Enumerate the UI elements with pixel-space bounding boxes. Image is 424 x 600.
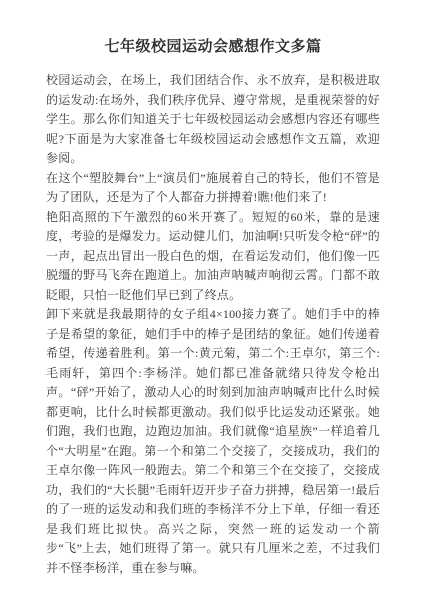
paragraph-relay-race: 卸下来就是我最期待的女子组4×100接力赛了。她们手中的棒子是希望的象征，她们手… [46,305,380,578]
paragraph-intro: 校园运动会，在场上，我们团结合作、永不放弃，是积极进取的运发动:在场外，我们秩序… [46,71,380,169]
paragraph-stage: 在这个“塑胶舞台”上“演员们”施展着自己的特长，他们不管是为了团队，还是为了个人… [46,169,380,208]
document-page: 七年级校园运动会感想作文多篇 校园运动会，在场上，我们团结合作、永不放弃，是积极… [0,0,424,600]
paragraph-60m-race: 艳阳高照的下午激烈的60米开赛了。短短的60米，靠的是速度，考验的是爆发力。运动… [46,208,380,306]
page-title: 七年级校园运动会感想作文多篇 [46,36,380,58]
